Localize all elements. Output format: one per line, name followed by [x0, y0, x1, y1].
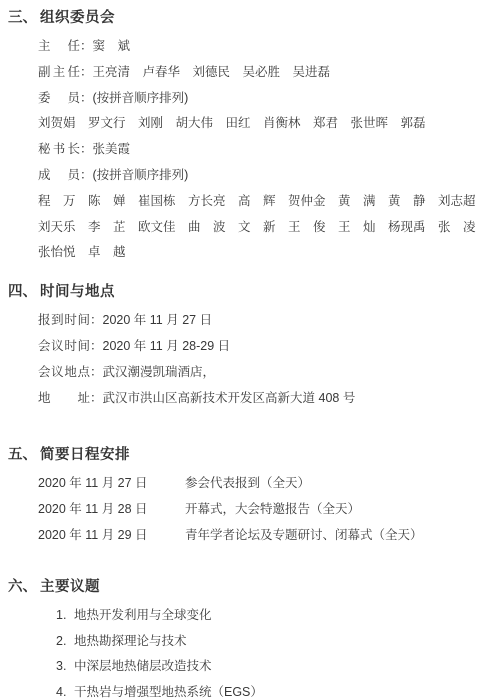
colon: ： [90, 313, 103, 327]
section-number: 四、 [8, 282, 40, 302]
committee-role-row: 委员：(按拼音顺序排列) [38, 86, 464, 112]
schedule-row: 2020 年 11 月 28 日开幕式，大会特邀报告（全天） [38, 497, 464, 523]
role-label: 成员 [38, 163, 80, 189]
section-topics: 六、 主要议题 1.地热开发利用与全球变化 2.地热勘探理论与技术 3.中深层地… [8, 577, 464, 698]
schedule-desc: 参会代表报到（全天） [185, 476, 310, 490]
info-row: 地址：武汉市洪山区高新技术开发区高新大道 408 号 [38, 386, 464, 412]
role-label: 主任 [38, 34, 80, 60]
section-heading: 六、 主要议题 [8, 577, 464, 597]
schedule-desc: 开幕式，大会特邀报告（全天） [185, 502, 360, 516]
topic-text: 中深层地热储层改造技术 [74, 659, 212, 673]
schedule-body: 2020 年 11 月 27 日参会代表报到（全天） 2020 年 11 月 2… [38, 471, 464, 548]
section-title: 简要日程安排 [40, 445, 130, 465]
info-value: 2020 年 11 月 28-29 日 [103, 339, 231, 353]
colon: ： [90, 391, 103, 405]
committee-role-row: 副主任：王亮清 卢春华 刘德民 吴必胜 吴进磊 [38, 60, 464, 86]
section-organization-committee: 三、 组织委员会 主任：窦 斌 副主任：王亮清 卢春华 刘德民 吴必胜 吴进磊 … [8, 8, 464, 266]
topic-number: 1. [56, 603, 74, 629]
role-value: 王亮清 卢春华 刘德民 吴必胜 吴进磊 [93, 65, 331, 79]
section-title: 时间与地点 [40, 282, 115, 302]
section-schedule: 五、 简要日程安排 2020 年 11 月 27 日参会代表报到（全天） 202… [8, 445, 464, 548]
committee-role-row: 秘书长：张美霞 [38, 137, 464, 163]
committee-names-row: 程 万 陈 婵 崔国栋 方长亮 高 辉 贺仲金 黄 满 黄 静 刘志超 [38, 189, 464, 215]
schedule-row: 2020 年 11 月 27 日参会代表报到（全天） [38, 471, 464, 497]
info-value: 武汉市洪山区高新技术开发区高新大道 408 号 [103, 391, 356, 405]
role-value: (按拼音顺序排列) [93, 91, 189, 105]
info-row: 会议地点：武汉潮漫凯瑞酒店， [38, 360, 464, 386]
section-title: 主要议题 [40, 577, 100, 597]
topic-item: 4.干热岩与增强型地热系统（EGS） [56, 680, 464, 698]
schedule-date: 2020 年 11 月 28 日 [38, 497, 185, 523]
schedule-date: 2020 年 11 月 29 日 [38, 523, 185, 549]
section-number: 三、 [8, 8, 40, 28]
info-label: 会议时间 [38, 334, 90, 360]
colon: ： [80, 168, 93, 182]
topic-number: 2. [56, 629, 74, 655]
topic-text: 干热岩与增强型地热系统（EGS） [74, 685, 263, 698]
topic-item: 1.地热开发利用与全球变化 [56, 603, 464, 629]
committee-names-row: 刘天乐 李 芷 欧文佳 曲 波 文 新 王 俊 王 灿 杨现禹 张 凌 [38, 215, 464, 241]
topic-item: 3.中深层地热储层改造技术 [56, 654, 464, 680]
time-location-body: 报到时间：2020 年 11 月 27 日 会议时间：2020 年 11 月 2… [38, 308, 464, 411]
schedule-desc: 青年学者论坛及专题研讨、闭幕式（全天） [185, 528, 423, 542]
info-label: 会议地点 [38, 360, 90, 386]
names-text: 程 万 陈 婵 崔国栋 方长亮 高 辉 贺仲金 黄 满 黄 静 刘志超 [38, 194, 476, 208]
role-value: 张美霞 [93, 142, 131, 156]
role-value: 窦 斌 [93, 39, 131, 53]
schedule-date: 2020 年 11 月 27 日 [38, 471, 185, 497]
info-label: 报到时间 [38, 308, 90, 334]
colon: ： [90, 339, 103, 353]
section-heading: 四、 时间与地点 [8, 282, 464, 302]
section-number: 五、 [8, 445, 40, 465]
topics-body: 1.地热开发利用与全球变化 2.地热勘探理论与技术 3.中深层地热储层改造技术 … [38, 603, 464, 698]
role-label: 副主任 [38, 60, 80, 86]
section-heading: 三、 组织委员会 [8, 8, 464, 28]
colon: ： [90, 365, 103, 379]
role-label: 委员 [38, 86, 80, 112]
role-label: 秘书长 [38, 137, 80, 163]
topic-number: 3. [56, 654, 74, 680]
colon: ： [80, 39, 93, 53]
role-value: (按拼音顺序排列) [93, 168, 189, 182]
info-label: 地址 [38, 386, 90, 412]
colon: ： [80, 91, 93, 105]
info-value: 武汉潮漫凯瑞酒店， [103, 365, 216, 379]
section-number: 六、 [8, 577, 40, 597]
names-text: 刘贺娟 罗文行 刘刚 胡大伟 田红 肖衡林 郑君 张世晖 郭磊 [38, 116, 426, 130]
info-value: 2020 年 11 月 27 日 [103, 313, 213, 327]
committee-body: 主任：窦 斌 副主任：王亮清 卢春华 刘德民 吴必胜 吴进磊 委员：(按拼音顺序… [38, 34, 464, 266]
schedule-row: 2020 年 11 月 29 日青年学者论坛及专题研讨、闭幕式（全天） [38, 523, 464, 549]
section-title: 组织委员会 [40, 8, 115, 28]
committee-names-row: 张怡悦 卓 越 [38, 240, 464, 266]
topic-number: 4. [56, 680, 74, 698]
topic-text: 地热开发利用与全球变化 [74, 608, 212, 622]
names-text: 刘天乐 李 芷 欧文佳 曲 波 文 新 王 俊 王 灿 杨现禹 张 凌 [38, 220, 476, 234]
names-text: 张怡悦 卓 越 [38, 245, 126, 259]
section-time-location: 四、 时间与地点 报到时间：2020 年 11 月 27 日 会议时间：2020… [8, 282, 464, 411]
colon: ： [80, 142, 93, 156]
topic-text: 地热勘探理论与技术 [74, 634, 187, 648]
info-row: 会议时间：2020 年 11 月 28-29 日 [38, 334, 464, 360]
section-heading: 五、 简要日程安排 [8, 445, 464, 465]
info-row: 报到时间：2020 年 11 月 27 日 [38, 308, 464, 334]
committee-names-row: 刘贺娟 罗文行 刘刚 胡大伟 田红 肖衡林 郑君 张世晖 郭磊 [38, 111, 464, 137]
colon: ： [80, 65, 93, 79]
document-page: 三、 组织委员会 主任：窦 斌 副主任：王亮清 卢春华 刘德民 吴必胜 吴进磊 … [0, 0, 478, 698]
committee-role-row: 成员：(按拼音顺序排列) [38, 163, 464, 189]
committee-role-row: 主任：窦 斌 [38, 34, 464, 60]
topic-item: 2.地热勘探理论与技术 [56, 629, 464, 655]
